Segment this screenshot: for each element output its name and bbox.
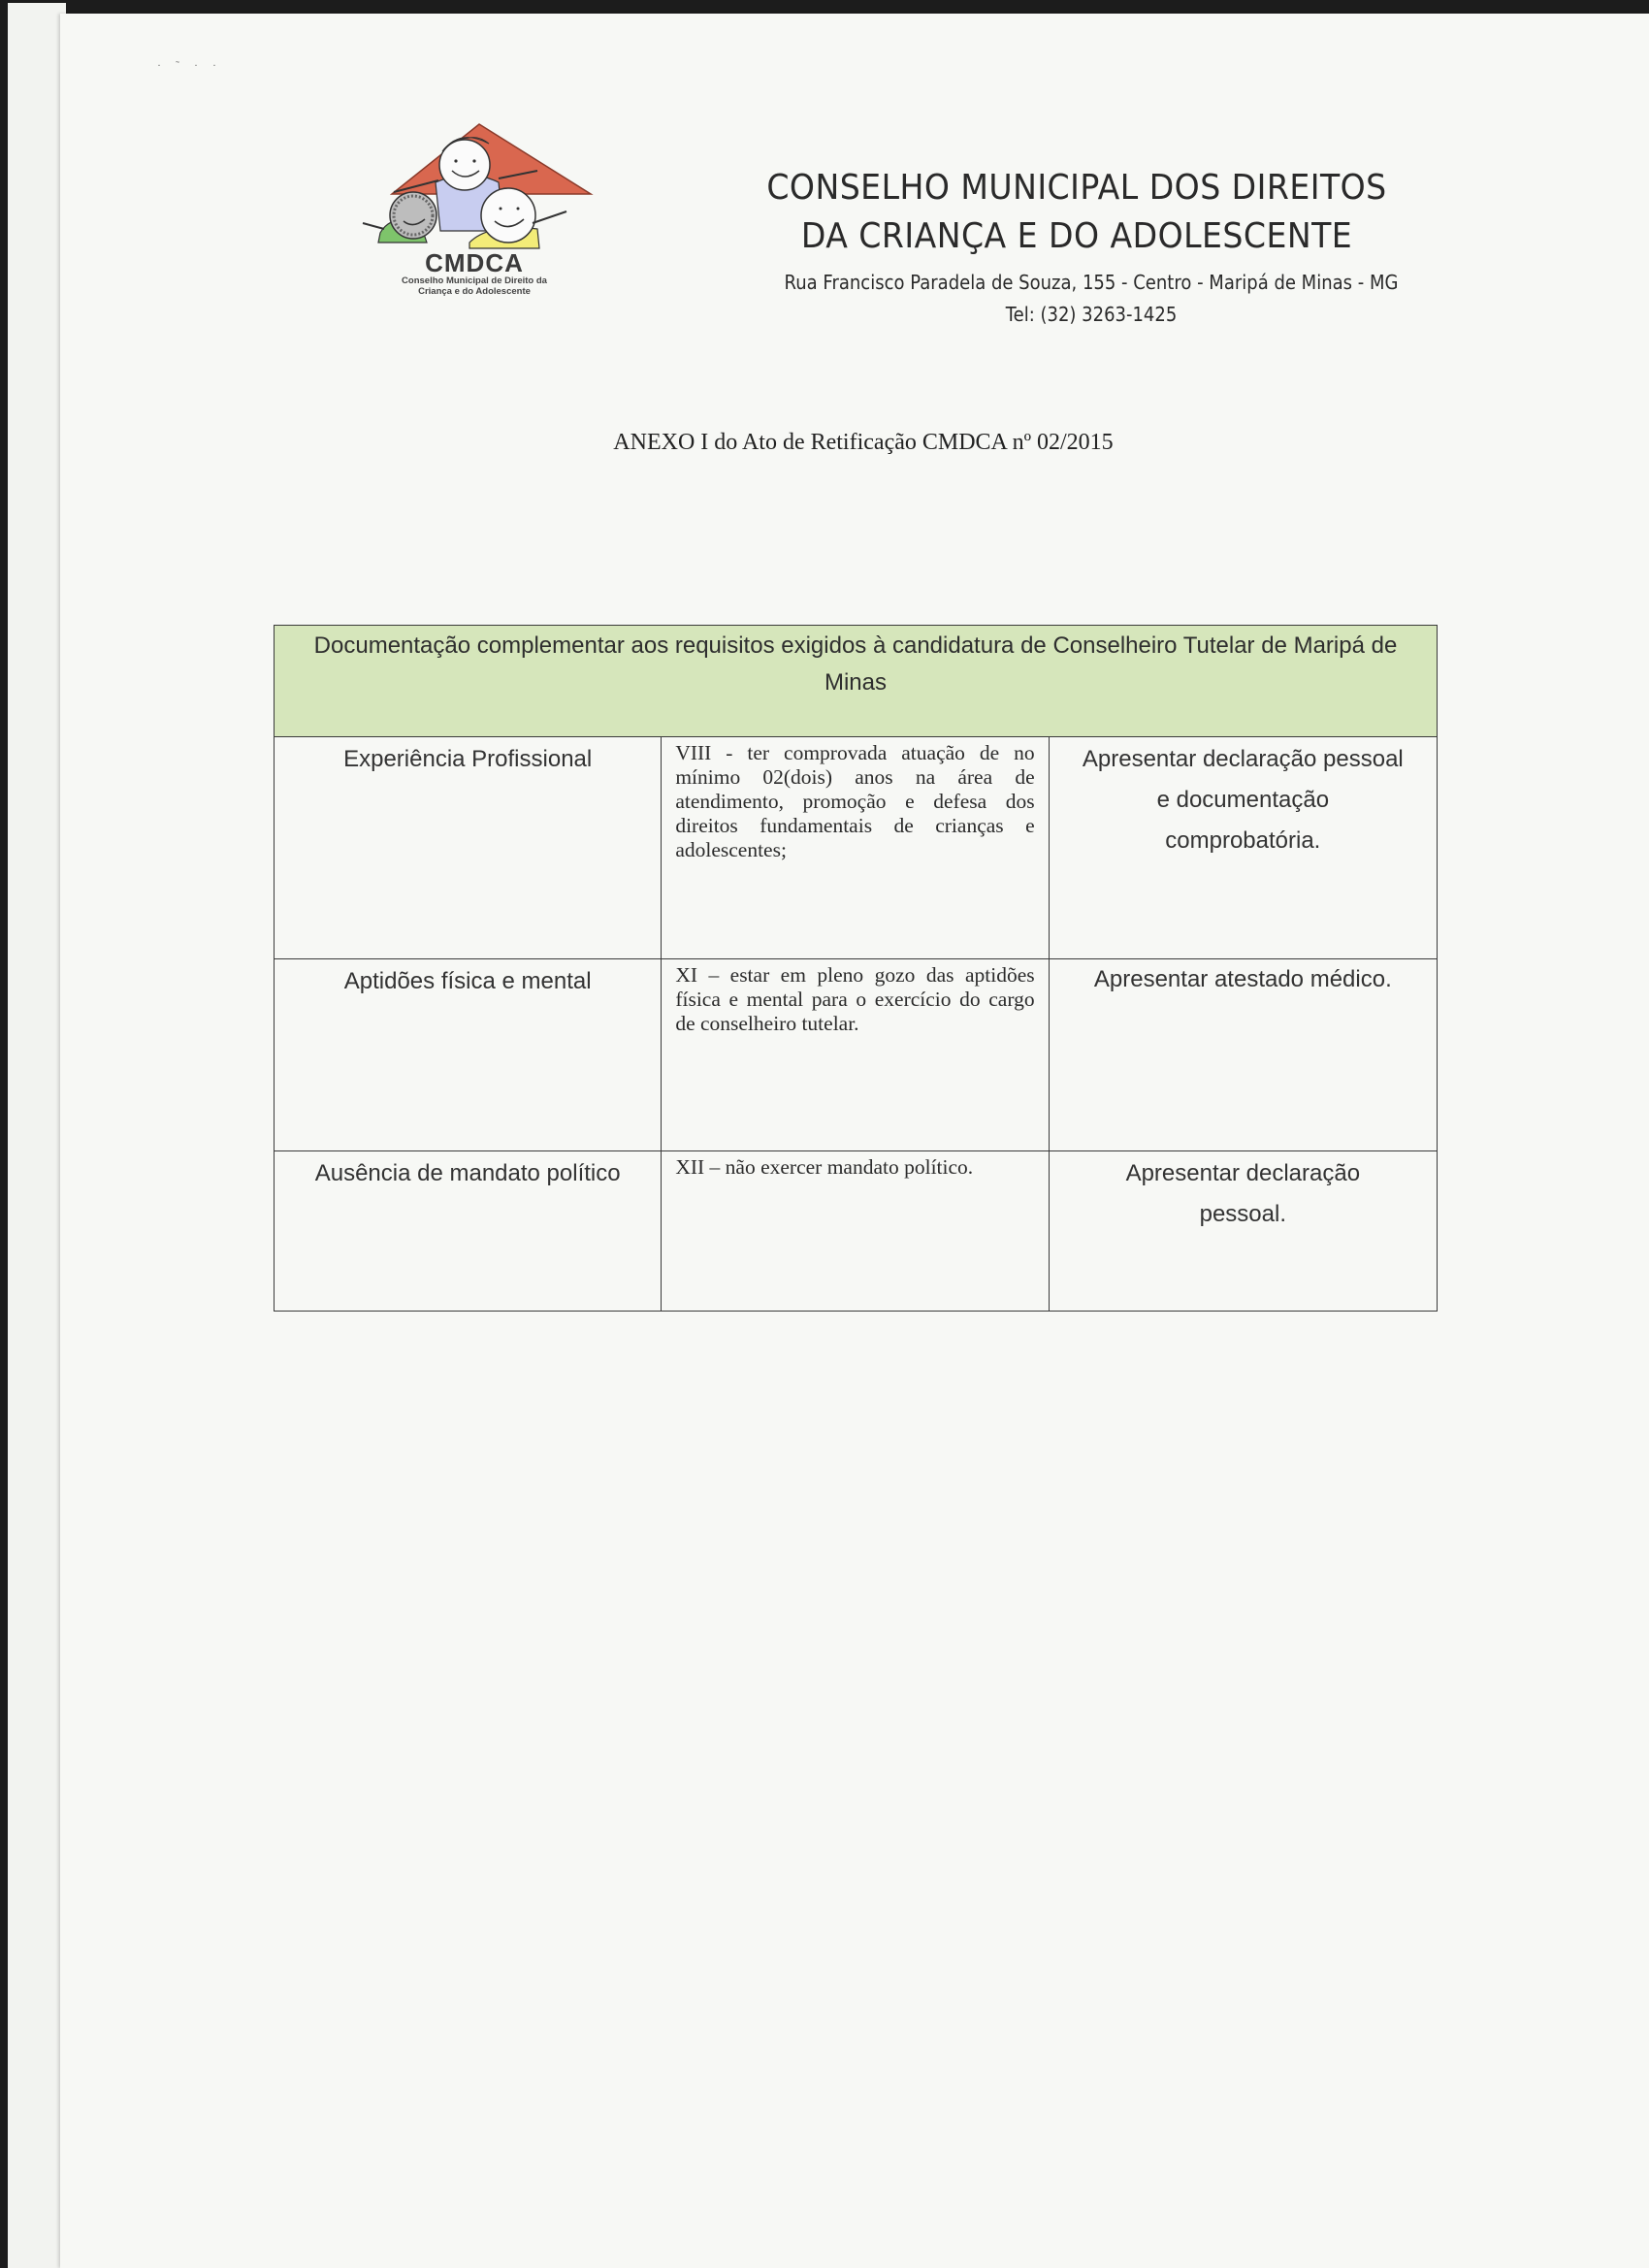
- cmdca-logo: CMDCA Conselho Municipal de Direito da C…: [334, 114, 615, 299]
- requirement-label: Experiência Profissional: [275, 737, 661, 774]
- scanner-edge: [8, 3, 66, 2268]
- documentation-cell: Apresentar atestado médico.: [1049, 959, 1437, 1151]
- requirement-cell: Aptidões física e mental: [275, 959, 662, 1151]
- documentation-text: Apresentar atestado médico.: [1050, 959, 1437, 996]
- legal-text: XII – não exercer mandato político.: [662, 1151, 1048, 1180]
- requirements-table: Documentação complementar aos requisitos…: [274, 625, 1438, 1312]
- documentation-text: Apresentar declaração pessoal e document…: [1050, 737, 1437, 861]
- table-row: Ausência de mandato político XII – não e…: [275, 1151, 1438, 1312]
- table-row: Experiência Profissional VIII - ter comp…: [275, 737, 1438, 959]
- requirement-cell: Ausência de mandato político: [275, 1151, 662, 1312]
- legal-text-cell: VIII - ter comprovada atuação de no míni…: [662, 737, 1049, 959]
- org-address: Rua Francisco Paradela de Souza, 155 - C…: [721, 271, 1463, 294]
- table-row: Aptidões física e mental XI – estar em p…: [275, 959, 1438, 1151]
- logo-full-name-line2: Criança e do Adolescente: [334, 286, 615, 297]
- org-name-line2: DA CRIANÇA E DO ADOLESCENTE: [711, 216, 1442, 256]
- annex-title: ANEXO I do Ato de Retificação CMDCA nº 0…: [543, 430, 1183, 456]
- table-header: Documentação complementar aos requisitos…: [275, 626, 1438, 737]
- requirement-label: Ausência de mandato político: [275, 1151, 661, 1188]
- legal-text-cell: XI – estar em pleno gozo das aptidões fí…: [662, 959, 1049, 1151]
- logo-full-name: Conselho Municipal de Direito da Criança…: [334, 275, 615, 297]
- documentation-cell: Apresentar declaração pessoal e document…: [1049, 737, 1437, 959]
- table-header-row: Documentação complementar aos requisitos…: [275, 626, 1438, 737]
- scan-specks: · ˜ · ·: [157, 58, 222, 73]
- children-house-icon: [334, 114, 615, 250]
- legal-text: VIII - ter comprovada atuação de no míni…: [662, 737, 1048, 862]
- legal-text: XI – estar em pleno gozo das aptidões fí…: [662, 959, 1048, 1036]
- documentation-text: Apresentar declaração pessoal.: [1050, 1151, 1437, 1235]
- requirement-cell: Experiência Profissional: [275, 737, 662, 959]
- requirement-label: Aptidões física e mental: [275, 959, 661, 996]
- legal-text-cell: XII – não exercer mandato político.: [662, 1151, 1049, 1312]
- org-phone: Tel: (32) 3263-1425: [721, 303, 1463, 326]
- logo-acronym: CMDCA: [334, 248, 615, 278]
- logo-full-name-line1: Conselho Municipal de Direito da: [334, 275, 615, 286]
- org-name-line1: CONSELHO MUNICIPAL DOS DIREITOS: [711, 168, 1442, 208]
- documentation-cell: Apresentar declaração pessoal.: [1049, 1151, 1437, 1312]
